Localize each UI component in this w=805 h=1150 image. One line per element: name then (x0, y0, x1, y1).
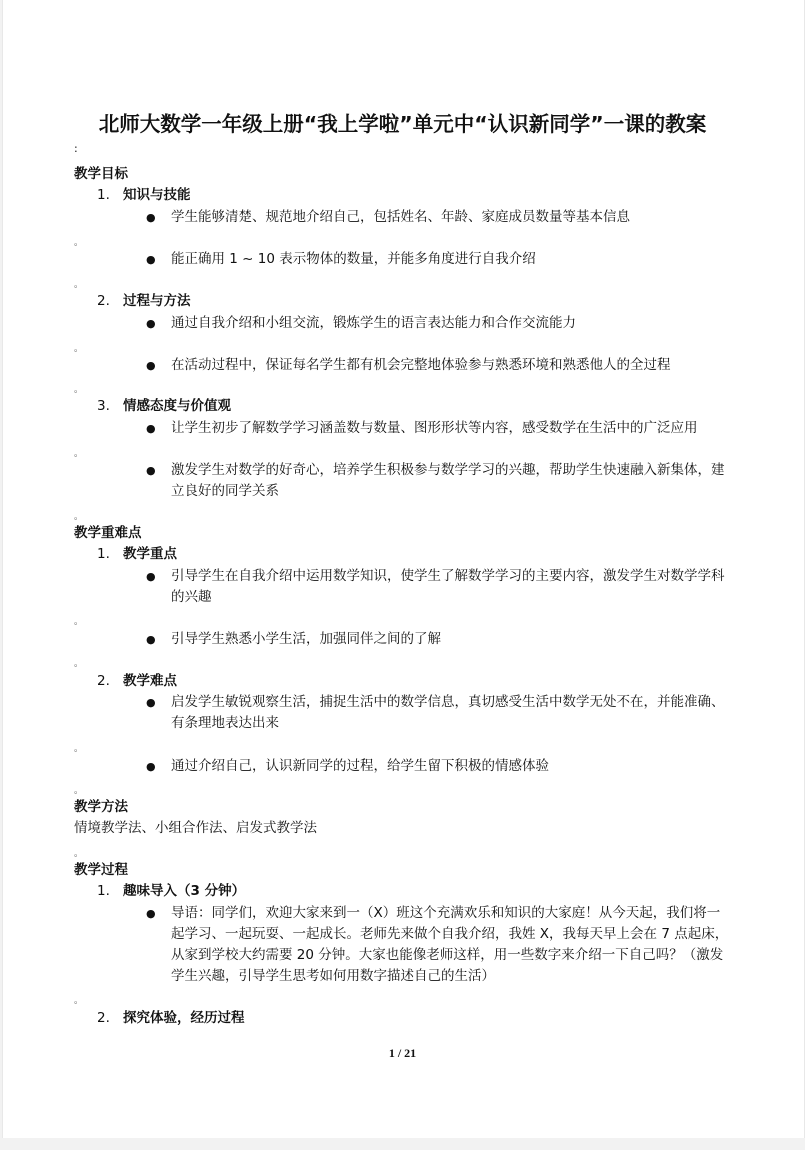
separator-mark: 。 (74, 446, 83, 459)
bullet-item: ●引导学生熟悉小学生活，加强同伴之间的了解 (146, 629, 441, 650)
section-heading-process: 教学过程 (74, 860, 128, 881)
bullet-icon: ● (146, 756, 171, 777)
bullet-item: ●在活动过程中，保证每名学生都有机会完整地体验参与熟悉环境和熟悉他人的全过程 (146, 355, 671, 376)
bullet-item: 导语：同学们，欢迎大家来到一（X）班这个充满欢乐和知识的大家庭！从今天起，我们将… (171, 903, 731, 987)
bullet-icon: ● (146, 313, 171, 334)
bullet-icon: ● (146, 566, 156, 587)
bullet-icon: ● (146, 460, 156, 481)
separator-mark: 。 (74, 277, 83, 290)
section-heading-objectives: 教学目标 (74, 164, 128, 185)
separator-mark: 。 (74, 993, 83, 1006)
bullet-item: 引导学生在自我介绍中运用数学知识，使学生了解数学学习的主要内容，激发学生对数学学… (171, 566, 731, 608)
bullet-icon: ● (146, 903, 156, 924)
numbered-item: 1.教学重点 (97, 544, 177, 565)
numbered-item: 2.探究体验，经历过程 (97, 1008, 245, 1029)
bullet-item: ●通过自我介绍和小组交流，锻炼学生的语言表达能力和合作交流能力 (146, 313, 576, 334)
separator-mark: 。 (74, 741, 83, 754)
numbered-item: 3.情感态度与价值观 (97, 396, 231, 417)
bullet-icon: ● (146, 418, 171, 439)
document-title: 北师大数学一年级上册“我上学啦”单元中“认识新同学”一课的教案 (0, 107, 805, 137)
numbered-item: 1.趣味导入（3 分钟） (97, 881, 245, 902)
section-heading-methods: 教学方法 (74, 797, 128, 818)
bullet-item: ●学生能够清楚、规范地介绍自己，包括姓名、年龄、家庭成员数量等基本信息 (146, 207, 630, 228)
separator-mark: 。 (74, 656, 83, 669)
bullet-item: 激发学生对数学的好奇心，培养学生积极参与数学学习的兴趣，帮助学生快速融入新集体，… (171, 460, 731, 502)
bullet-item: ●让学生初步了解数学学习涵盖数与数量、图形形状等内容，感受数学在生活中的广泛应用 (146, 418, 698, 439)
separator-mark: 。 (74, 382, 83, 395)
numbered-item: 2.过程与方法 (97, 291, 191, 312)
separator-mark: 。 (74, 341, 83, 354)
bullet-icon: ● (146, 692, 156, 713)
separator-mark: 。 (74, 509, 83, 522)
colon-mark: : (74, 142, 78, 155)
page-indicator: 1 / 21 (0, 1046, 805, 1061)
separator-mark: 。 (74, 235, 83, 248)
bullet-icon: ● (146, 629, 171, 650)
numbered-item: 2.教学难点 (97, 671, 177, 692)
methods-text: 情境教学法、小组合作法、启发式教学法 (74, 818, 317, 839)
bullet-item: ●能正确用 1 ~ 10 表示物体的数量，并能多角度进行自我介绍 (146, 249, 536, 270)
separator-mark: 。 (74, 846, 83, 859)
bullet-icon: ● (146, 249, 171, 270)
separator-mark: 。 (74, 614, 83, 627)
section-heading-key-points: 教学重难点 (74, 523, 142, 544)
bullet-item: 启发学生敏锐观察生活，捕捉生活中的数学信息，真切感受生活中数学无处不在，并能准确… (171, 692, 731, 734)
bullet-item: ●通过介绍自己，认识新同学的过程，给学生留下积极的情感体验 (146, 756, 549, 777)
bullet-icon: ● (146, 207, 171, 228)
numbered-item: 1.知识与技能 (97, 185, 191, 206)
bullet-icon: ● (146, 355, 171, 376)
separator-mark: 。 (74, 783, 83, 796)
